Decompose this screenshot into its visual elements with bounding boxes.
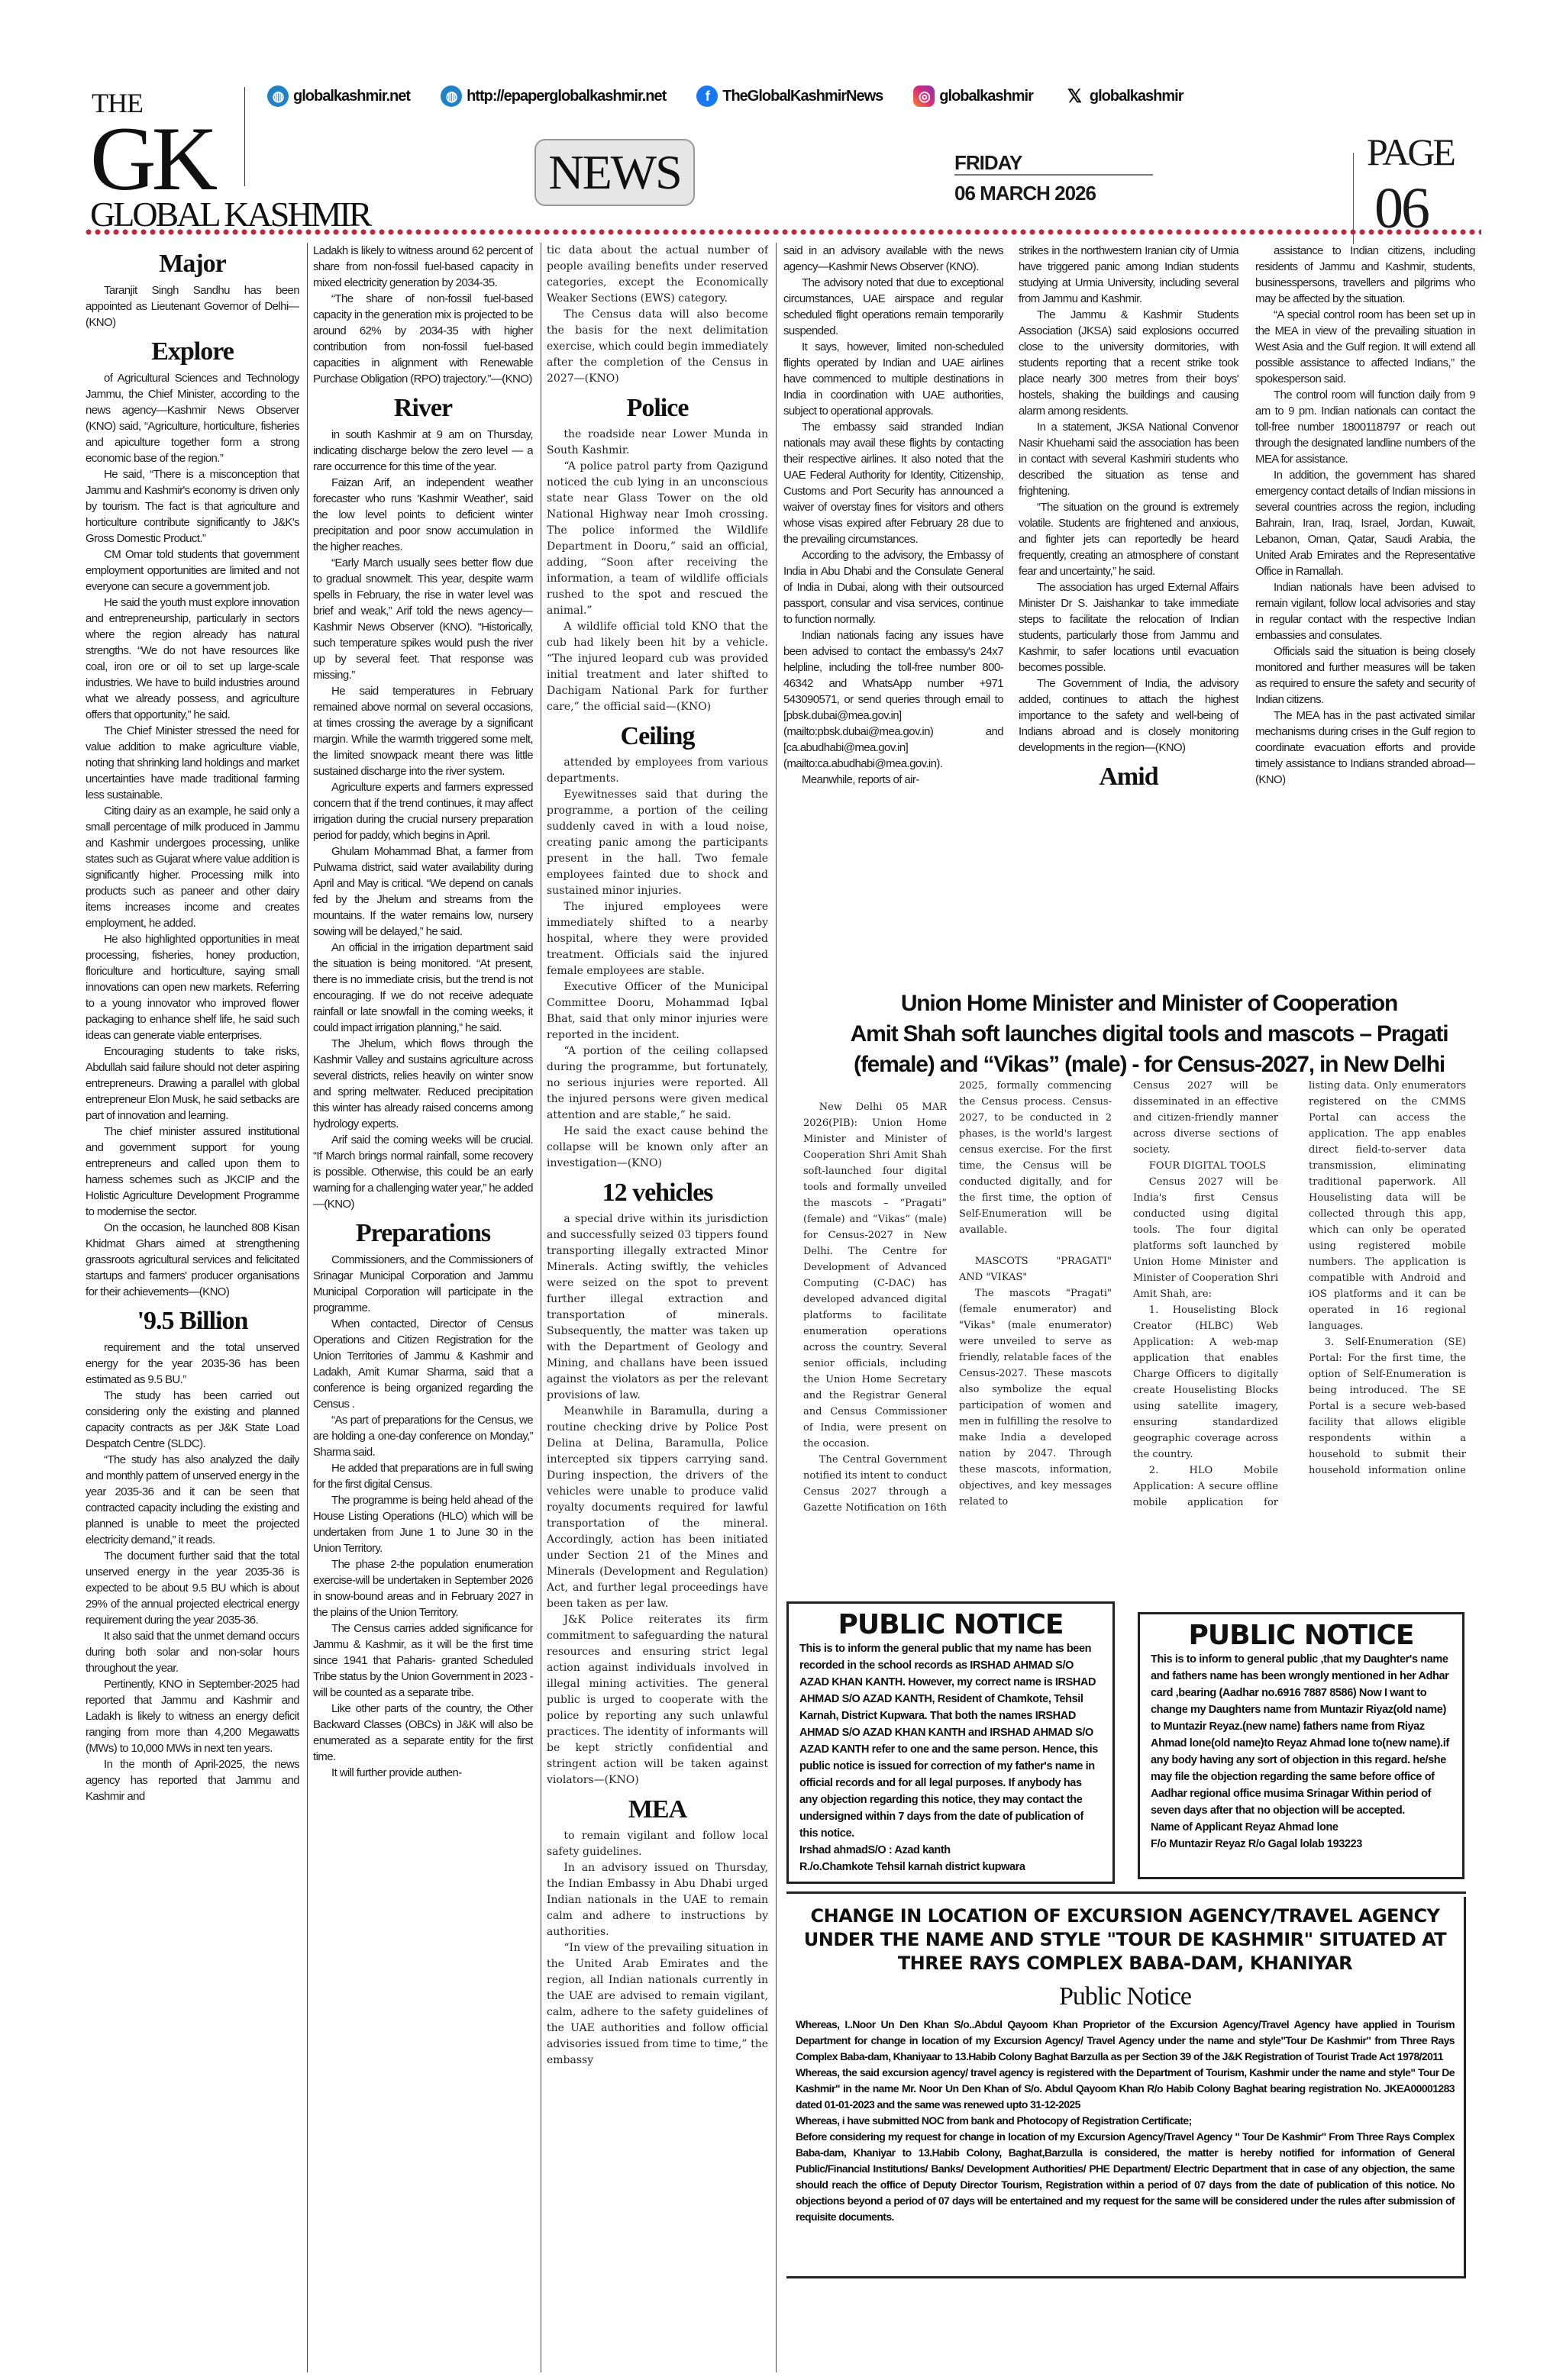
paragraph: Agriculture experts and farmers expresse… <box>313 779 533 843</box>
paragraph: The Census data will also become the bas… <box>547 307 768 387</box>
paragraph: Pertinently, KNO in September-2025 had r… <box>86 1676 299 1756</box>
section-badge: NEWS <box>534 139 695 206</box>
globe-icon: ◍ <box>441 85 462 107</box>
paragraph: Meanwhile, reports of air- <box>783 772 1003 788</box>
paragraph: 1. Houselisting Block Creator (HLBC) Web… <box>1133 1302 1278 1463</box>
paragraph: Ladakh is likely to witness around 62 pe… <box>313 243 533 291</box>
notice-paragraph: Whereas, i have submitted NOC from bank … <box>796 2113 1455 2129</box>
paragraph: Executive Officer of the Municipal Commi… <box>547 979 768 1043</box>
paragraph: He added that preparations are in full s… <box>313 1460 533 1492</box>
paragraph: He said temperatures in February remaine… <box>313 683 533 779</box>
paragraph: Meanwhile in Baramulla, during a routine… <box>547 1404 768 1612</box>
headline-billion: '9.5 Billion <box>86 1304 299 1338</box>
paragraph: New Delhi 05 MAR 2026(PIB): Union Home M… <box>803 1099 947 1452</box>
logo-divider <box>244 87 245 186</box>
notice-body: This is to inform to general public ,tha… <box>1151 1651 1452 1819</box>
paragraph: In a statement, JKSA National Convenor N… <box>1019 419 1238 499</box>
paragraph: The programme is being held ahead of the… <box>313 1492 533 1556</box>
paragraph: The association has urged External Affai… <box>1019 579 1238 676</box>
social-website-label: globalkashmir.net <box>293 88 410 105</box>
headline-ceiling: Ceiling <box>547 720 768 753</box>
headline-preparations: Preparations <box>313 1217 533 1250</box>
column-5: strikes in the northwestern Iranian city… <box>1019 243 1238 977</box>
headline-major: Major <box>86 247 299 281</box>
paragraph: Indian nationals facing any issues have … <box>783 627 1003 772</box>
paragraph: Commissioners, and the Commissioners of … <box>313 1252 533 1316</box>
social-links: ◍ globalkashmir.net ◍ http://epapergloba… <box>267 85 1183 107</box>
notice-paragraph: Whereas, the said excursion agency/ trav… <box>796 2065 1455 2113</box>
paragraph: The mascots "Pragati" (female enumerator… <box>959 1285 1112 1510</box>
column-4: said in an advisory available with the n… <box>783 243 1003 977</box>
social-x-label: globalkashmir <box>1090 88 1183 105</box>
paragraph: said in an advisory available with the n… <box>783 243 1003 275</box>
headline-river: River <box>313 392 533 425</box>
column-6: assistance to Indian citizens, including… <box>1255 243 1475 977</box>
census-column-2: 2025, formally commencing the Census pro… <box>959 1078 1112 1511</box>
subheading: MASCOTS "PRAGATI" AND "VIKAS" <box>959 1253 1112 1285</box>
paragraph: The Census carries added significance fo… <box>313 1621 533 1701</box>
social-x[interactable]: 𝕏 globalkashmir <box>1064 85 1183 107</box>
notice-paragraph: Whereas, I..Noor Un Den Khan S/o..Abdul … <box>796 2017 1455 2065</box>
headline-line: Amit Shah soft launches digital tools an… <box>794 1019 1504 1050</box>
headline-amid: Amid <box>1019 760 1238 794</box>
masthead: THE GK GLOBAL KASHMIR ◍ globalkashmir.ne… <box>84 76 1481 237</box>
paragraph: strikes in the northwestern Iranian city… <box>1019 243 1238 307</box>
notice-title: PUBLIC NOTICE <box>1151 1621 1452 1651</box>
public-notice-1: PUBLIC NOTICE This is to inform the gene… <box>786 1601 1115 1884</box>
column-2: Ladakh is likely to witness around 62 pe… <box>313 243 533 2372</box>
paragraph: The Chief Minister stressed the need for… <box>86 723 299 803</box>
social-facebook[interactable]: f TheGlobalKashmirNews <box>696 85 883 107</box>
headline-mea: MEA <box>547 1793 768 1827</box>
social-website[interactable]: ◍ globalkashmir.net <box>267 85 410 107</box>
paragraph: The Government of India, the advisory ad… <box>1019 676 1238 756</box>
paragraph: “Early March usually sees better flow du… <box>313 555 533 683</box>
paragraph: Like other parts of the country, the Oth… <box>313 1701 533 1765</box>
date-full: 06 MARCH 2026 <box>954 182 1096 205</box>
paragraph: Citing dairy as an example, he said only… <box>86 803 299 931</box>
paragraph: The document further said that the total… <box>86 1548 299 1628</box>
paragraph: CM Omar told students that government em… <box>86 547 299 595</box>
paragraph: Census 2027 will be India's first Census… <box>1133 1174 1278 1302</box>
paragraph: “In view of the prevailing situation in … <box>547 1940 768 2069</box>
paragraph: “As part of preparations for the Census,… <box>313 1412 533 1460</box>
notice-body: This is to inform the general public tha… <box>799 1640 1102 1842</box>
paragraph: An official in the irrigation department… <box>313 940 533 1036</box>
notice-title: PUBLIC NOTICE <box>799 1610 1102 1640</box>
paragraph: Indian nationals have been advised to re… <box>1255 579 1475 643</box>
column-3: tic data about the actual number of peop… <box>547 243 768 2372</box>
paragraph: In addition, the government has shared e… <box>1255 467 1475 579</box>
paragraph: The phase 2-the population enumeration e… <box>313 1556 533 1621</box>
paragraph: to remain vigilant and follow local safe… <box>547 1828 768 1860</box>
paragraph: “The study has also analyzed the daily a… <box>86 1452 299 1548</box>
paragraph: Arif said the coming weeks will be cruci… <box>313 1132 533 1212</box>
page-label: PAGE <box>1367 130 1454 174</box>
paragraph: “A special control room has been set up … <box>1255 307 1475 387</box>
paragraph: On the occasion, he launched 808 Kisan K… <box>86 1220 299 1300</box>
paragraph: Faizan Arif, an independent weather fore… <box>313 475 533 555</box>
headline-police: Police <box>547 392 768 425</box>
paragraph: In an advisory issued on Thursday, the I… <box>547 1860 768 1940</box>
paragraph: He said, “There is a misconception that … <box>86 466 299 547</box>
notice-title: CHANGE IN LOCATION OF EXCURSION AGENCY/T… <box>796 1904 1455 1975</box>
paragraph: The control room will function daily fro… <box>1255 387 1475 467</box>
social-instagram-label: globalkashmir <box>939 88 1033 105</box>
paragraph: The chief minister assured institutional… <box>86 1124 299 1220</box>
paragraph: The study has been carried out consideri… <box>86 1388 299 1452</box>
notice-address: R./o.Chamkote Tehsil karnah district kup… <box>799 1859 1102 1875</box>
paragraph: The MEA has in the past activated simila… <box>1255 708 1475 788</box>
paragraph: requirement and the total unserved energ… <box>86 1340 299 1388</box>
paragraph: 3. Self-Enumeration (SE) Portal: For the… <box>1309 1334 1466 1475</box>
paragraph: Ghulam Mohammad Bhat, a farmer from Pulw… <box>313 843 533 940</box>
headline-line: (female) and “Vikas” (male) - for Census… <box>794 1050 1504 1080</box>
public-notice-2: PUBLIC NOTICE This is to inform to gener… <box>1138 1612 1464 1879</box>
paragraph: He also highlighted opportunities in mea… <box>86 931 299 1043</box>
column-1: Major Taranjit Singh Sandhu has been app… <box>86 243 299 2372</box>
subheading: FOUR DIGITAL TOOLS <box>1133 1158 1278 1174</box>
paragraph: It says, however, limited non-scheduled … <box>783 339 1003 419</box>
paragraph: A wildlife official told KNO that the cu… <box>547 619 768 715</box>
census-headline: Union Home Minister and Minister of Coop… <box>794 988 1504 1080</box>
paragraph: of Agricultural Sciences and Technology … <box>86 370 299 466</box>
paragraph: The Central Government notified its inte… <box>803 1452 947 1511</box>
notice-subtitle: Public Notice <box>796 1980 1455 2014</box>
paragraph: According to the advisory, the Embassy o… <box>783 547 1003 627</box>
paragraph: He said the youth must explore innovatio… <box>86 595 299 723</box>
masthead-dotted-rule <box>84 229 1481 235</box>
paragraph: “A police patrol party from Qazigund not… <box>547 459 768 619</box>
census-column-3: Census 2027 will be disseminated in an e… <box>1133 1078 1278 1511</box>
paragraph: It also said that the unmet demand occur… <box>86 1628 299 1676</box>
paragraph: tic data about the actual number of peop… <box>547 243 768 307</box>
paragraph: The Jhelum, which flows through the Kash… <box>313 1036 533 1132</box>
column-divider <box>541 243 541 2372</box>
paragraph: attended by employees from various depar… <box>547 755 768 787</box>
x-icon: 𝕏 <box>1064 85 1085 107</box>
paragraph: The embassy said stranded Indian nationa… <box>783 419 1003 547</box>
paragraph: Encouraging students to take risks, Abdu… <box>86 1043 299 1124</box>
notice-paragraph: Before considering my request for change… <box>796 2129 1455 2225</box>
social-instagram[interactable]: ◎ globalkashmir <box>913 85 1033 107</box>
facebook-icon: f <box>696 85 718 107</box>
paragraph: “A portion of the ceiling collapsed duri… <box>547 1043 768 1124</box>
paragraph: assistance to Indian citizens, including… <box>1255 243 1475 307</box>
column-divider <box>307 243 308 2372</box>
paragraph: Eyewitnesses said that during the progra… <box>547 787 768 899</box>
paragraph: Census 2027 will be disseminated in an e… <box>1133 1078 1278 1158</box>
paragraph: in south Kashmir at 9 am on Thursday, in… <box>313 427 533 475</box>
paragraph: The Jammu & Kashmir Students Association… <box>1019 307 1238 419</box>
paragraph: He said the exact cause behind the colla… <box>547 1124 768 1172</box>
paragraph: “The situation on the ground is extremel… <box>1019 499 1238 579</box>
social-epaper-label: http://epaperglobalkashmir.net <box>467 88 666 105</box>
column-divider <box>776 243 777 2372</box>
paragraph: Officials said the situation is being cl… <box>1255 643 1475 708</box>
date-day: FRIDAY <box>954 151 1022 175</box>
paragraph: The injured employees were immediately s… <box>547 899 768 979</box>
paragraph: the roadside near Lower Munda in South K… <box>547 427 768 459</box>
date-rule <box>954 174 1153 176</box>
headline-explore: Explore <box>86 335 299 369</box>
census-column-4: listing data. Only enumerators registere… <box>1309 1078 1466 1475</box>
paragraph: Taranjit Singh Sandhu has been appointed… <box>86 282 299 331</box>
paragraph: 2025, formally commencing the Census pro… <box>959 1078 1112 1238</box>
paragraph: In the month of April-2025, the news age… <box>86 1756 299 1804</box>
logo-gk: GK <box>90 113 213 205</box>
notice-signature: Irshad ahmadS/O : Azad kanth <box>799 1842 1102 1859</box>
headline-line: Union Home Minister and Minister of Coop… <box>794 988 1504 1019</box>
paragraph: It will further provide authen- <box>313 1765 533 1781</box>
social-epaper[interactable]: ◍ http://epaperglobalkashmir.net <box>441 85 666 107</box>
social-facebook-label: TheGlobalKashmirNews <box>722 88 883 105</box>
paragraph: When contacted, Director of Census Opera… <box>313 1316 533 1412</box>
globe-icon: ◍ <box>267 85 289 107</box>
paragraph: 2. HLO Mobile Application: A secure offl… <box>1133 1463 1278 1511</box>
paragraph: J&K Police reiterates its firm commitmen… <box>547 1612 768 1788</box>
instagram-icon: ◎ <box>913 85 935 107</box>
paragraph: “The share of non-fossil fuel-based capa… <box>313 291 533 387</box>
paragraph: listing data. Only enumerators registere… <box>1309 1078 1466 1334</box>
headline-12-vehicles: 12 vehicles <box>547 1176 768 1210</box>
section-rule <box>786 1891 1466 1894</box>
paragraph: The advisory noted that due to exception… <box>783 275 1003 339</box>
notice-signature: Name of Applicant Reyaz Ahmad lone <box>1151 1819 1452 1836</box>
paragraph: a special drive within its jurisdiction … <box>547 1211 768 1404</box>
notice-address: F/o Muntazir Reyaz R/o Gagal lolab 19322… <box>1151 1836 1452 1853</box>
excursion-notice: CHANGE IN LOCATION OF EXCURSION AGENCY/T… <box>786 1897 1466 2278</box>
census-column-1: New Delhi 05 MAR 2026(PIB): Union Home M… <box>803 1099 947 1511</box>
